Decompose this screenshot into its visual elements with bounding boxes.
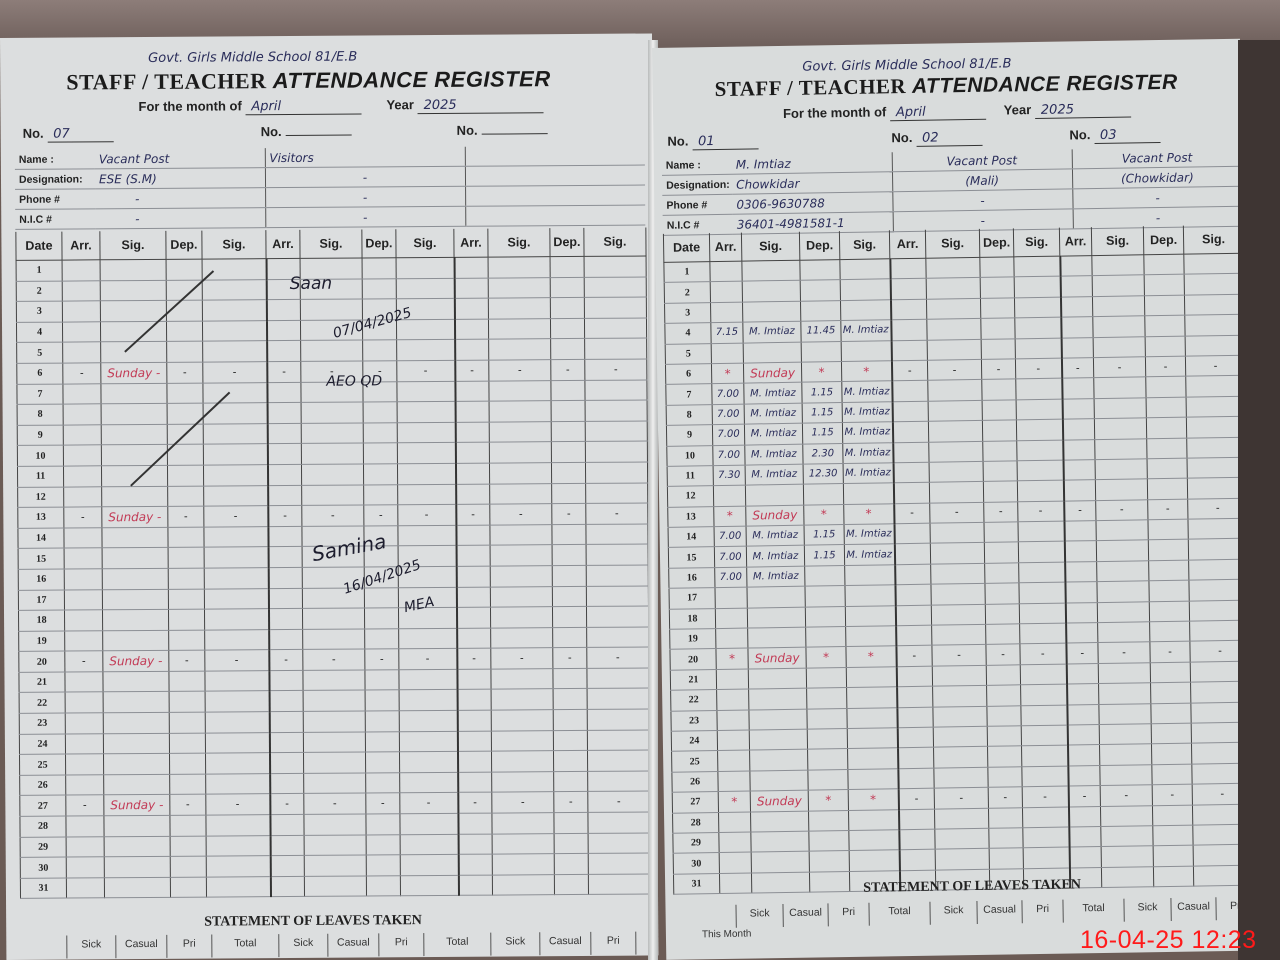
attendance-cell[interactable]: - [489, 360, 551, 381]
attendance-cell[interactable]: 7.00 [714, 547, 746, 568]
attendance-cell[interactable] [269, 753, 303, 774]
attendance-cell[interactable] [1147, 438, 1187, 459]
attendance-cell[interactable] [456, 525, 490, 546]
attendance-cell[interactable] [400, 855, 458, 876]
attendance-cell[interactable] [455, 463, 489, 484]
attendance-cell[interactable] [170, 856, 206, 877]
attendance-cell[interactable] [987, 726, 1021, 747]
attendance-cell[interactable] [100, 321, 166, 342]
attendance-cell[interactable] [66, 836, 104, 857]
attendance-cell[interactable] [847, 728, 897, 749]
attendance-cell[interactable] [896, 666, 932, 687]
attendance-cell[interactable] [892, 381, 928, 402]
attendance-cell[interactable] [397, 401, 455, 422]
attendance-cell[interactable] [553, 730, 587, 751]
attendance-cell[interactable] [206, 815, 270, 836]
attendance-cell[interactable] [1094, 398, 1146, 419]
attendance-cell[interactable] [66, 878, 104, 899]
attendance-cell[interactable] [1148, 540, 1188, 561]
attendance-cell[interactable] [304, 835, 366, 856]
attendance-cell[interactable] [1146, 417, 1186, 438]
attendance-cell[interactable] [202, 279, 266, 300]
attendance-cell[interactable] [1144, 295, 1184, 316]
attendance-cell[interactable] [204, 485, 268, 506]
attendance-cell[interactable] [935, 849, 989, 870]
attendance-cell[interactable]: * [848, 789, 898, 810]
attendance-cell[interactable]: 7.15 [711, 322, 743, 343]
attendance-cell[interactable]: Sunday - [101, 362, 167, 383]
attendance-cell[interactable] [1099, 724, 1151, 745]
attendance-cell[interactable] [896, 625, 932, 646]
attendance-cell[interactable] [586, 524, 648, 545]
attendance-cell[interactable] [588, 833, 650, 854]
attendance-cell[interactable] [987, 705, 1021, 726]
attendance-cell[interactable] [893, 442, 929, 463]
attendance-cell[interactable] [169, 712, 205, 733]
attendance-cell[interactable]: 7.00 [713, 445, 745, 466]
attendance-cell[interactable] [983, 481, 1017, 502]
attendance-cell[interactable] [363, 422, 397, 443]
attendance-cell[interactable] [552, 545, 586, 566]
attendance-cell[interactable] [550, 298, 584, 319]
attendance-cell[interactable] [1149, 560, 1189, 581]
attendance-cell[interactable] [717, 689, 749, 710]
attendance-cell[interactable] [488, 318, 550, 339]
attendance-cell[interactable] [304, 876, 366, 897]
attendance-cell[interactable] [1061, 317, 1093, 338]
attendance-cell[interactable]: 7.00 [712, 404, 744, 425]
attendance-cell[interactable] [742, 260, 800, 281]
attendance-cell[interactable] [988, 767, 1022, 788]
attendance-cell[interactable] [588, 853, 650, 874]
attendance-cell[interactable] [800, 300, 840, 321]
attendance-cell[interactable] [1149, 580, 1189, 601]
attendance-cell[interactable] [169, 671, 205, 692]
attendance-cell[interactable] [1095, 438, 1147, 459]
attendance-cell[interactable] [1021, 725, 1067, 746]
attendance-cell[interactable] [101, 342, 167, 363]
attendance-cell[interactable]: - [1068, 786, 1100, 807]
attendance-cell[interactable] [104, 754, 170, 775]
attendance-cell[interactable] [1186, 376, 1246, 397]
attendance-cell[interactable] [102, 568, 168, 589]
attendance-cell[interactable] [168, 609, 204, 630]
attendance-cell[interactable] [1099, 703, 1151, 724]
attendance-cell[interactable] [489, 380, 551, 401]
attendance-cell[interactable] [1093, 336, 1145, 357]
attendance-cell[interactable] [205, 671, 269, 692]
attendance-cell[interactable] [399, 731, 457, 752]
attendance-cell[interactable] [586, 585, 648, 606]
attendance-cell[interactable] [364, 484, 398, 505]
attendance-cell[interactable]: M. Imtiaz [844, 524, 894, 545]
attendance-cell[interactable] [930, 543, 984, 564]
attendance-cell[interactable] [1100, 765, 1152, 786]
attendance-cell[interactable] [586, 565, 648, 586]
attendance-cell[interactable] [554, 812, 588, 833]
attendance-cell[interactable] [492, 833, 554, 854]
attendance-cell[interactable] [805, 586, 845, 607]
attendance-cell[interactable] [304, 773, 366, 794]
attendance-cell[interactable] [100, 301, 166, 322]
attendance-cell[interactable] [206, 773, 270, 794]
attendance-cell[interactable] [808, 810, 848, 831]
attendance-cell[interactable]: - [927, 359, 981, 380]
attendance-cell[interactable]: - [1015, 358, 1061, 379]
attendance-cell[interactable] [934, 747, 988, 768]
attendance-cell[interactable] [897, 707, 933, 728]
attendance-cell[interactable] [1014, 256, 1060, 277]
attendance-cell[interactable] [848, 768, 898, 789]
attendance-cell[interactable] [751, 811, 809, 832]
attendance-cell[interactable] [269, 691, 303, 712]
attendance-cell[interactable]: Sunday [746, 505, 804, 526]
attendance-cell[interactable] [718, 750, 750, 771]
attendance-cell[interactable] [1184, 274, 1244, 295]
attendance-cell[interactable]: - [1093, 357, 1145, 378]
attendance-cell[interactable] [933, 726, 987, 747]
attendance-cell[interactable] [366, 876, 400, 897]
attendance-cell[interactable] [489, 463, 551, 484]
attendance-cell[interactable] [719, 852, 751, 873]
attendance-cell[interactable] [584, 297, 646, 318]
attendance-cell[interactable]: - [170, 795, 206, 816]
attendance-cell[interactable] [62, 301, 100, 322]
attendance-cell[interactable] [104, 836, 170, 857]
attendance-cell[interactable] [807, 708, 847, 729]
attendance-cell[interactable]: M. Imtiaz [843, 463, 893, 484]
attendance-cell[interactable] [267, 464, 301, 485]
attendance-cell[interactable] [1148, 519, 1188, 540]
attendance-cell[interactable] [1014, 277, 1060, 298]
attendance-cell[interactable] [748, 668, 806, 689]
attendance-cell[interactable] [550, 318, 584, 339]
attendance-cell[interactable]: - [896, 646, 932, 667]
attendance-cell[interactable] [1022, 745, 1068, 766]
attendance-cell[interactable] [553, 627, 587, 648]
attendance-cell[interactable] [491, 730, 553, 751]
attendance-cell[interactable] [847, 707, 897, 728]
attendance-cell[interactable] [584, 256, 646, 277]
attendance-cell[interactable] [934, 808, 988, 829]
attendance-cell[interactable] [550, 256, 584, 277]
attendance-cell[interactable]: M. Imtiaz [745, 464, 803, 485]
attendance-cell[interactable]: - [400, 793, 458, 814]
attendance-cell[interactable] [716, 628, 748, 649]
attendance-cell[interactable]: - [1100, 785, 1152, 806]
attendance-cell[interactable] [202, 300, 266, 321]
attendance-cell[interactable] [553, 751, 587, 772]
attendance-cell[interactable] [64, 610, 102, 631]
attendance-cell[interactable] [1092, 296, 1144, 317]
attendance-cell[interactable] [933, 686, 987, 707]
attendance-cell[interactable] [204, 568, 268, 589]
attendance-cell[interactable]: - [268, 506, 302, 527]
attendance-cell[interactable] [454, 298, 488, 319]
attendance-cell[interactable] [1018, 542, 1064, 563]
attendance-cell[interactable] [587, 668, 649, 689]
attendance-cell[interactable] [1151, 682, 1191, 703]
attendance-cell[interactable]: 12.30 [803, 463, 843, 484]
attendance-cell[interactable] [800, 260, 840, 281]
attendance-cell[interactable] [988, 746, 1022, 767]
attendance-cell[interactable] [928, 420, 982, 441]
attendance-cell[interactable] [63, 445, 101, 466]
attendance-cell[interactable] [397, 463, 455, 484]
attendance-cell[interactable] [984, 522, 1018, 543]
attendance-cell[interactable] [713, 485, 745, 506]
attendance-cell[interactable] [585, 400, 647, 421]
attendance-cell[interactable]: M. Imtiaz [842, 422, 892, 443]
attendance-cell[interactable] [1153, 866, 1193, 887]
attendance-cell[interactable] [100, 259, 166, 280]
attendance-cell[interactable] [1097, 601, 1149, 622]
attendance-cell[interactable]: M. Imtiaz [844, 544, 894, 565]
attendance-cell[interactable] [554, 854, 588, 875]
attendance-cell[interactable] [806, 627, 846, 648]
attendance-cell[interactable] [985, 563, 1019, 584]
attendance-cell[interactable] [749, 688, 807, 709]
attendance-cell[interactable] [849, 850, 899, 871]
attendance-cell[interactable]: - [934, 787, 988, 808]
attendance-cell[interactable]: - [551, 359, 585, 380]
attendance-cell[interactable] [64, 486, 102, 507]
attendance-cell[interactable]: M. Imtiaz [746, 525, 804, 546]
attendance-cell[interactable]: * [806, 647, 846, 668]
attendance-cell[interactable] [303, 752, 365, 773]
attendance-cell[interactable] [1101, 826, 1153, 847]
attendance-cell[interactable] [710, 261, 742, 282]
attendance-cell[interactable]: * [718, 791, 750, 812]
attendance-cell[interactable] [982, 420, 1016, 441]
attendance-cell[interactable] [206, 876, 270, 897]
attendance-cell[interactable] [203, 444, 267, 465]
attendance-cell[interactable] [1067, 704, 1099, 725]
attendance-cell[interactable] [63, 383, 101, 404]
attendance-cell[interactable] [169, 630, 205, 651]
attendance-cell[interactable] [553, 709, 587, 730]
attendance-cell[interactable] [101, 383, 167, 404]
attendance-cell[interactable] [1153, 845, 1193, 866]
attendance-cell[interactable] [982, 379, 1016, 400]
attendance-cell[interactable] [1061, 337, 1093, 358]
attendance-cell[interactable] [65, 672, 103, 693]
attendance-cell[interactable] [168, 486, 204, 507]
attendance-cell[interactable] [457, 669, 491, 690]
attendance-cell[interactable] [807, 688, 847, 709]
attendance-cell[interactable]: - [1098, 642, 1150, 663]
attendance-cell[interactable] [895, 564, 931, 585]
attendance-cell[interactable] [1095, 459, 1147, 480]
attendance-cell[interactable] [269, 732, 303, 753]
attendance-cell[interactable] [454, 278, 488, 299]
attendance-cell[interactable] [895, 605, 931, 626]
attendance-cell[interactable]: - [457, 648, 491, 669]
attendance-cell[interactable] [843, 483, 893, 504]
attendance-cell[interactable] [1020, 664, 1066, 685]
attendance-cell[interactable] [206, 856, 270, 877]
attendance-cell[interactable] [102, 548, 168, 569]
attendance-cell[interactable]: - [397, 360, 455, 381]
attendance-cell[interactable]: - [490, 504, 552, 525]
attendance-cell[interactable] [1096, 520, 1148, 541]
attendance-cell[interactable]: * [846, 646, 896, 667]
attendance-cell[interactable] [491, 689, 553, 710]
attendance-cell[interactable] [808, 749, 848, 770]
attendance-cell[interactable] [102, 486, 168, 507]
attendance-cell[interactable] [982, 400, 1016, 421]
attendance-cell[interactable] [399, 690, 457, 711]
attendance-cell[interactable] [587, 688, 649, 709]
attendance-cell[interactable] [400, 834, 458, 855]
attendance-cell[interactable] [550, 277, 584, 298]
attendance-cell[interactable] [100, 280, 166, 301]
attendance-cell[interactable] [1095, 479, 1147, 500]
attendance-cell[interactable] [303, 670, 365, 691]
attendance-cell[interactable] [203, 341, 267, 362]
attendance-cell[interactable] [586, 483, 648, 504]
attendance-cell[interactable] [1092, 255, 1144, 276]
attendance-cell[interactable] [101, 403, 167, 424]
attendance-cell[interactable] [400, 875, 458, 896]
attendance-cell[interactable] [806, 667, 846, 688]
attendance-cell[interactable] [551, 339, 585, 360]
attendance-cell[interactable] [984, 542, 1018, 563]
attendance-cell[interactable] [1023, 827, 1069, 848]
attendance-cell[interactable] [170, 877, 206, 898]
attendance-cell[interactable] [931, 584, 985, 605]
attendance-cell[interactable] [934, 767, 988, 788]
attendance-cell[interactable] [1097, 561, 1149, 582]
attendance-cell[interactable] [1066, 623, 1098, 644]
attendance-cell[interactable] [365, 670, 399, 691]
attendance-cell[interactable]: - [366, 793, 400, 814]
attendance-cell[interactable] [894, 523, 930, 544]
attendance-cell[interactable] [399, 669, 457, 690]
attendance-cell[interactable] [840, 259, 890, 280]
attendance-cell[interactable]: - [1018, 501, 1064, 522]
attendance-cell[interactable] [458, 875, 492, 896]
attendance-cell[interactable] [364, 608, 398, 629]
attendance-cell[interactable] [584, 318, 646, 339]
attendance-cell[interactable] [1146, 377, 1186, 398]
attendance-cell[interactable] [930, 522, 984, 543]
attendance-cell[interactable] [928, 400, 982, 421]
attendance-cell[interactable]: - [585, 359, 647, 380]
attendance-cell[interactable]: - [167, 362, 203, 383]
attendance-cell[interactable]: M. Imtiaz [747, 566, 805, 587]
attendance-cell[interactable] [1023, 847, 1069, 868]
attendance-cell[interactable] [588, 874, 650, 895]
attendance-cell[interactable] [897, 727, 933, 748]
attendance-cell[interactable] [363, 402, 397, 423]
attendance-cell[interactable]: 7.00 [715, 567, 747, 588]
attendance-cell[interactable] [366, 814, 400, 835]
attendance-cell[interactable] [457, 710, 491, 731]
attendance-cell[interactable] [490, 586, 552, 607]
attendance-cell[interactable] [104, 815, 170, 836]
attendance-cell[interactable] [62, 280, 100, 301]
attendance-cell[interactable] [266, 320, 300, 341]
attendance-cell[interactable] [65, 630, 103, 651]
attendance-cell[interactable] [1017, 480, 1063, 501]
attendance-cell[interactable] [303, 711, 365, 732]
attendance-cell[interactable] [1093, 316, 1145, 337]
attendance-cell[interactable] [849, 830, 899, 851]
attendance-cell[interactable] [66, 857, 104, 878]
attendance-cell[interactable] [454, 257, 488, 278]
attendance-cell[interactable] [103, 630, 169, 651]
attendance-cell[interactable] [586, 606, 648, 627]
attendance-cell[interactable] [63, 425, 101, 446]
attendance-cell[interactable] [455, 381, 489, 402]
attendance-cell[interactable] [267, 444, 301, 465]
attendance-cell[interactable] [748, 627, 806, 648]
attendance-cell[interactable] [167, 465, 203, 486]
attendance-cell[interactable] [588, 812, 650, 833]
attendance-cell[interactable]: - [1145, 356, 1185, 377]
attendance-cell[interactable] [270, 876, 304, 897]
attendance-cell[interactable] [898, 768, 934, 789]
attendance-cell[interactable] [1016, 378, 1062, 399]
attendance-cell[interactable] [895, 584, 931, 605]
attendance-cell[interactable] [267, 382, 301, 403]
attendance-cell[interactable]: * [801, 362, 841, 383]
attendance-cell[interactable] [204, 547, 268, 568]
attendance-cell[interactable] [1185, 314, 1245, 335]
attendance-cell[interactable] [457, 751, 491, 772]
attendance-cell[interactable] [841, 340, 891, 361]
attendance-cell[interactable] [897, 686, 933, 707]
attendance-cell[interactable] [553, 668, 587, 689]
attendance-cell[interactable] [751, 851, 809, 872]
attendance-cell[interactable] [203, 382, 267, 403]
attendance-cell[interactable]: - [1066, 643, 1098, 664]
attendance-cell[interactable]: - [399, 649, 457, 670]
attendance-cell[interactable] [301, 464, 363, 485]
attendance-cell[interactable] [205, 712, 269, 733]
attendance-cell[interactable] [931, 563, 985, 584]
attendance-cell[interactable] [1060, 276, 1092, 297]
attendance-cell[interactable]: M. Imtiaz [842, 381, 892, 402]
attendance-cell[interactable] [104, 774, 170, 795]
attendance-cell[interactable] [270, 856, 304, 877]
attendance-cell[interactable]: M. Imtiaz [745, 444, 803, 465]
attendance-cell[interactable] [981, 338, 1015, 359]
attendance-cell[interactable] [719, 873, 751, 894]
attendance-cell[interactable] [749, 709, 807, 730]
attendance-cell[interactable] [397, 443, 455, 464]
attendance-cell[interactable] [267, 341, 301, 362]
attendance-cell[interactable]: - [554, 792, 588, 813]
attendance-cell[interactable] [587, 730, 649, 751]
attendance-cell[interactable] [363, 464, 397, 485]
attendance-cell[interactable] [551, 462, 585, 483]
attendance-cell[interactable] [203, 423, 267, 444]
attendance-cell[interactable] [845, 585, 895, 606]
attendance-cell[interactable] [1021, 705, 1067, 726]
attendance-cell[interactable] [102, 527, 168, 548]
attendance-cell[interactable] [893, 482, 929, 503]
attendance-cell[interactable]: - [302, 505, 364, 526]
attendance-cell[interactable] [554, 833, 588, 854]
attendance-cell[interactable] [987, 685, 1021, 706]
attendance-cell[interactable]: - [365, 649, 399, 670]
attendance-cell[interactable] [66, 754, 104, 775]
attendance-cell[interactable] [205, 629, 269, 650]
attendance-cell[interactable] [585, 338, 647, 359]
attendance-cell[interactable] [167, 341, 203, 362]
